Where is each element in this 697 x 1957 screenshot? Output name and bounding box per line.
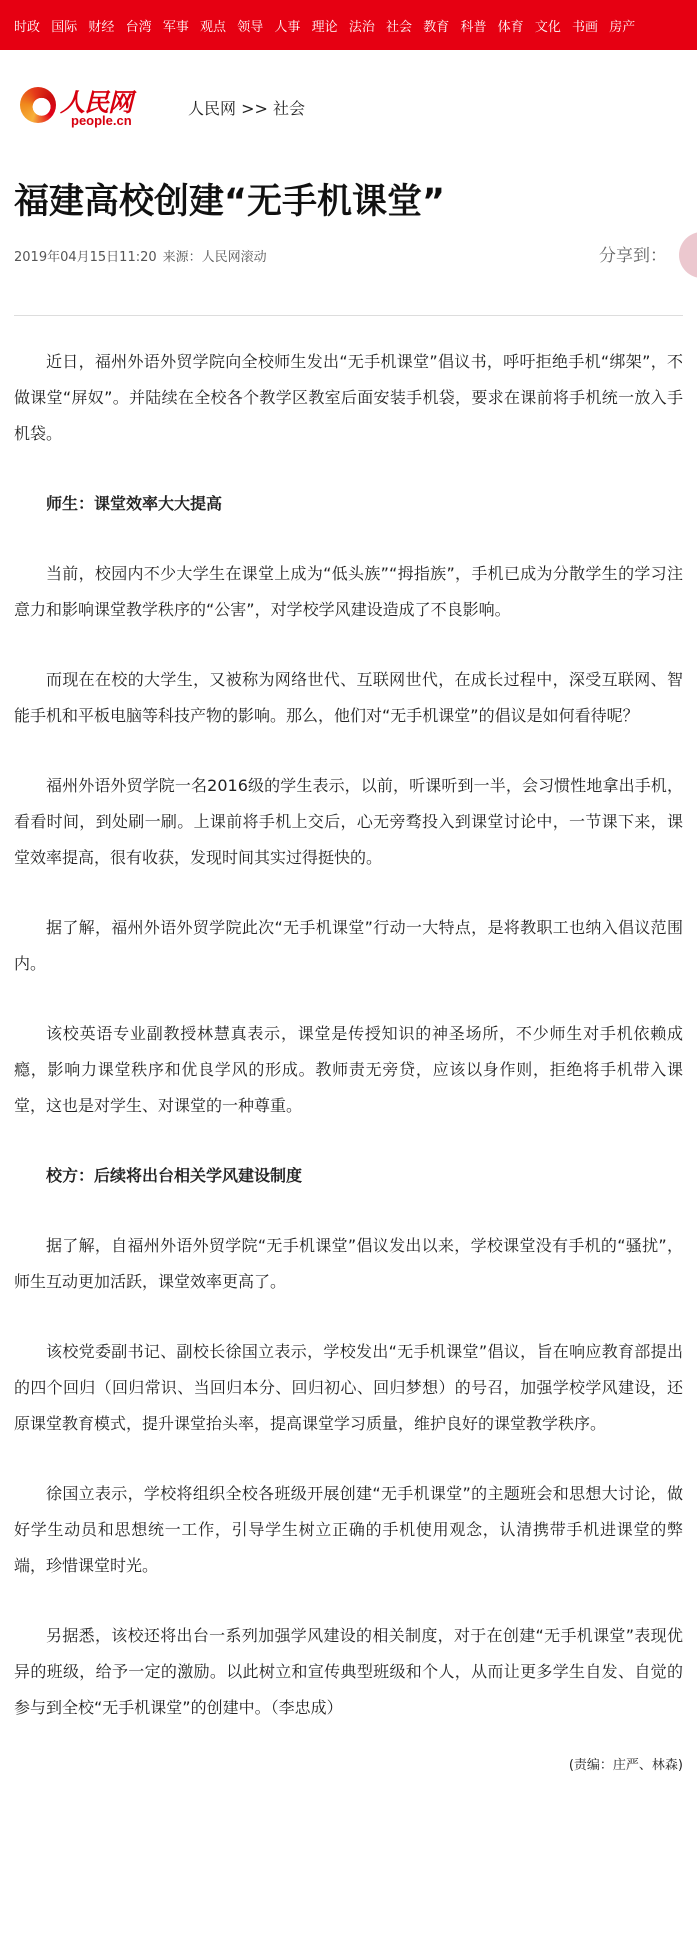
article-body: 近日，福州外语外贸学院向全校师生发出“无手机课堂”倡议书，呼吁拒绝手机“绑架”，… (0, 316, 697, 1726)
nav-item-junshi[interactable]: 军事 (163, 16, 189, 35)
breadcrumb-section[interactable]: 社会 (273, 99, 305, 118)
nav-item-wenhua[interactable]: 文化 (535, 16, 561, 35)
section-subheading: 师生：课堂效率大大提高 (14, 486, 683, 522)
nav-item-guoji[interactable]: 国际 (51, 16, 77, 35)
paragraph: 据了解，自福州外语外贸学院“无手机课堂”倡议发出以来，学校课堂没有手机的“骚扰”… (14, 1228, 683, 1300)
paragraph: 徐国立表示，学校将组织全校各班级开展创建“无手机课堂”的主题班会和思想大讨论，做… (14, 1476, 683, 1584)
nav-item-tiyu[interactable]: 体育 (498, 16, 524, 35)
nav-item-fazhi[interactable]: 法治 (349, 16, 375, 35)
nav-item-renshi[interactable]: 人事 (274, 16, 300, 35)
section-subheading: 校方：后续将出台相关学风建设制度 (14, 1158, 683, 1194)
people-cn-logo[interactable]: 人民网 people.cn (18, 83, 138, 133)
share-label: 分享到： (599, 241, 667, 266)
paragraph: 而现在在校的大学生，又被称为网络世代、互联网世代，在成长过程中，深受互联网、智能… (14, 662, 683, 734)
breadcrumb: 人民网 >> 社会 (188, 96, 305, 119)
nav-item-jiaoyu[interactable]: 教育 (423, 16, 449, 35)
paragraph: 该校英语专业副教授林慧真表示，课堂是传授知识的神圣场所，不少师生对手机依赖成瘾，… (14, 1016, 683, 1124)
top-nav: 时政 国际 财经 台湾 军事 观点 领导 人事 理论 法治 社会 教育 科普 体… (0, 0, 697, 50)
site-header: 人民网 people.cn 人民网 >> 社会 (0, 50, 697, 160)
paragraph: 据了解，福州外语外贸学院此次“无手机课堂”行动一大特点，是将教职工也纳入倡议范围… (14, 910, 683, 982)
breadcrumb-home[interactable]: 人民网 (188, 99, 236, 118)
paragraph: 近日，福州外语外贸学院向全校师生发出“无手机课堂”倡议书，呼吁拒绝手机“绑架”，… (14, 344, 683, 452)
nav-item-guandian[interactable]: 观点 (200, 16, 226, 35)
logo-ring-icon (20, 87, 56, 123)
nav-item-shehui[interactable]: 社会 (386, 16, 412, 35)
logo-text-en: people.cn (71, 113, 132, 128)
paragraph: 另据悉，该校还将出台一系列加强学风建设的相关制度，对于在创建“无手机课堂”表现优… (14, 1618, 683, 1726)
nav-item-lingdao[interactable]: 领导 (237, 16, 263, 35)
nav-item-shizheng[interactable]: 时政 (14, 16, 40, 35)
paragraph: 当前，校园内不少大学生在课堂上成为“低头族”“拇指族”，手机已成为分散学生的学习… (14, 556, 683, 628)
share-weibo-icon[interactable] (679, 232, 697, 278)
page-title: 福建高校创建“无手机课堂” (0, 160, 697, 225)
paragraph: 该校党委副书记、副校长徐国立表示，学校发出“无手机课堂”倡议，旨在响应教育部提出… (14, 1334, 683, 1442)
nav-item-shuhua[interactable]: 书画 (572, 16, 598, 35)
nav-item-caijing[interactable]: 财经 (88, 16, 114, 35)
paragraph: 福州外语外贸学院一名2016级的学生表示，以前，听课听到一半，会习惯性地拿出手机… (14, 768, 683, 876)
nav-item-taiwan[interactable]: 台湾 (126, 16, 152, 35)
editor-credit: (责编：庄严、林森) (0, 1754, 697, 1773)
article-meta: 2019年04月15日11:20 来源：人民网滚动 分享到： (0, 225, 697, 285)
nav-item-lilun[interactable]: 理论 (312, 16, 338, 35)
publish-date: 2019年04月15日11:20 (14, 246, 157, 265)
article-source[interactable]: 来源：人民网滚动 (163, 246, 267, 265)
nav-item-kepu[interactable]: 科普 (460, 16, 486, 35)
breadcrumb-separator: >> (241, 99, 268, 118)
nav-item-fangchan[interactable]: 房产 (609, 16, 635, 35)
